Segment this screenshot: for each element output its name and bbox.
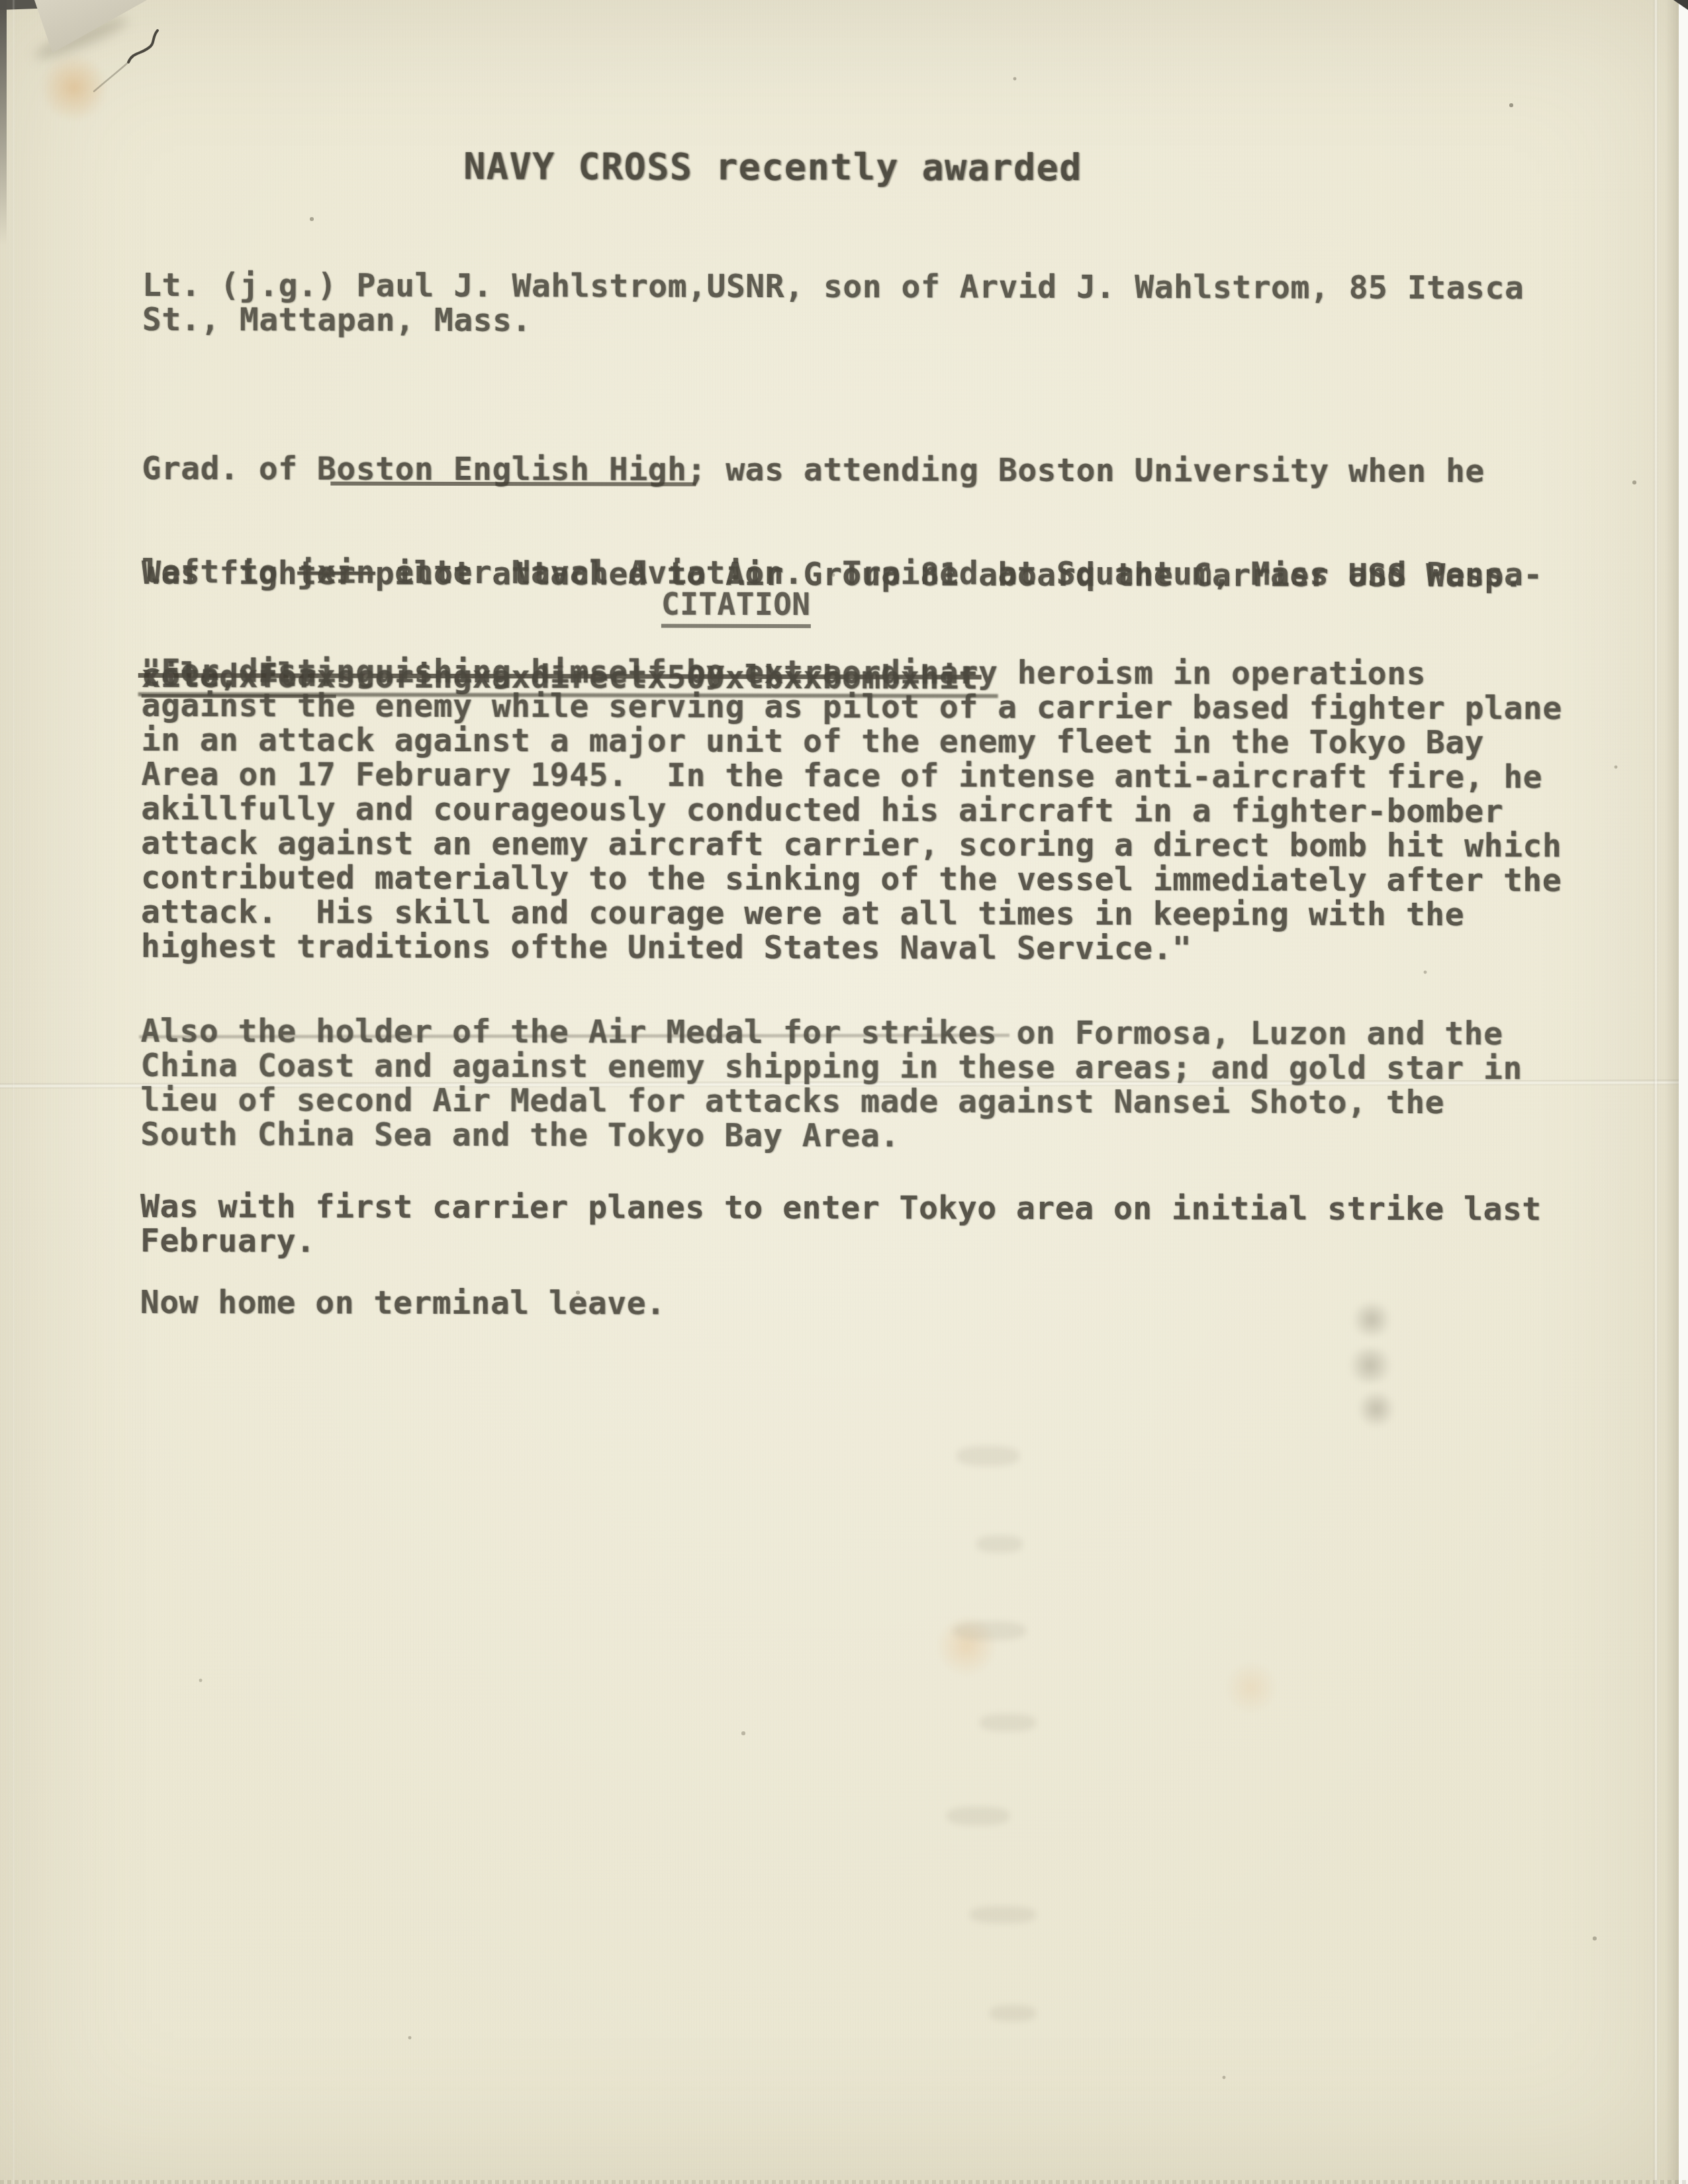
paragraph-citation-body: "For distinguishing himself by extraordi… <box>141 654 1562 966</box>
paragraph-air-medal: Also the holder of the Air Medal for str… <box>140 1014 1523 1154</box>
citation-heading: CITATION <box>661 587 811 628</box>
document-title: NAVY CROSS recently awarded <box>463 149 1082 185</box>
paragraph-first-strike: Was with first carrier planes to enter T… <box>140 1189 1542 1261</box>
paragraph-subject: Lt. (j.g.) Paul J. Wahlstrom,USNR, son o… <box>142 268 1524 340</box>
typewritten-text-layer: NAVY CROSS recently awarded Lt. (j.g.) P… <box>0 0 1688 2184</box>
paragraph-terminal-leave: Now home on terminal leave. <box>140 1285 666 1321</box>
assignment-line-1: Was fighter pilot attached to Air Group … <box>142 556 1523 593</box>
scanned-document-page: NAVY CROSS recently awarded Lt. (j.g.) P… <box>0 0 1688 2184</box>
underline-rule-extension <box>330 482 696 486</box>
